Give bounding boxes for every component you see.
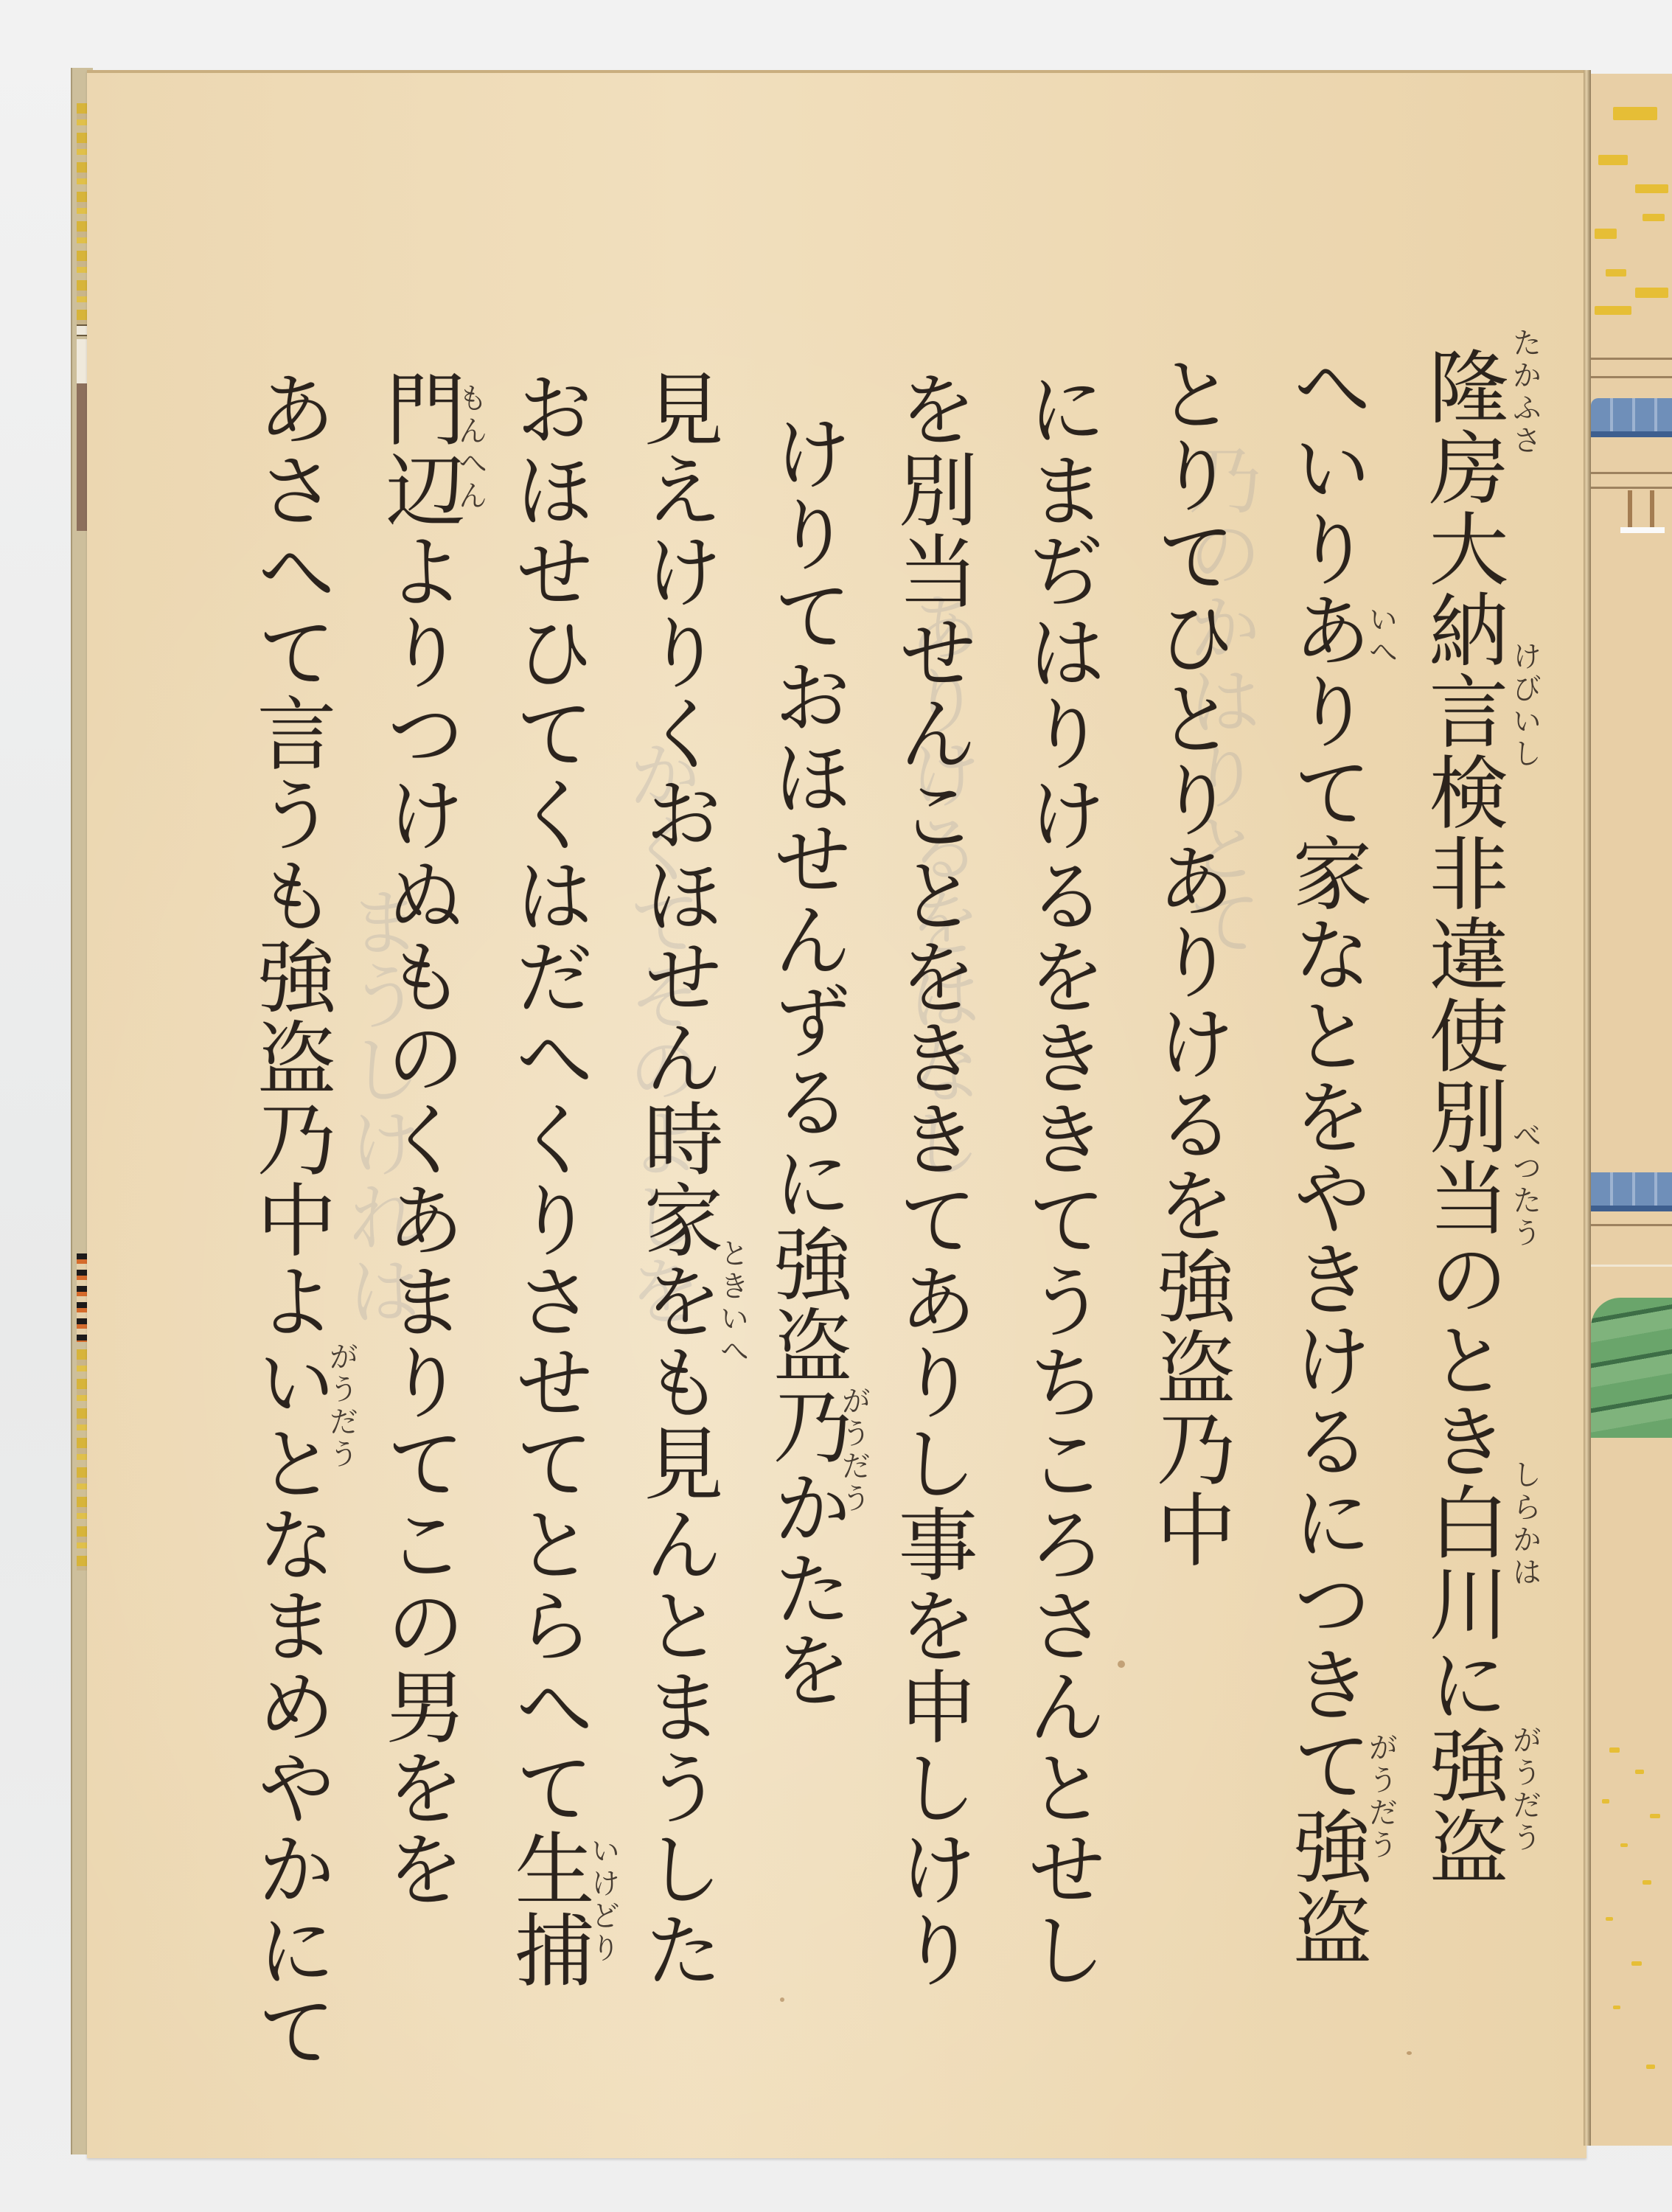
gold-leaf-flake <box>1643 214 1665 221</box>
furigana-bettou: べつたう <box>1510 1120 1539 1250</box>
palace-roof-lower <box>1591 1172 1672 1211</box>
text-column-9: 門辺よりつけぬものくあまりてこの男をを <box>378 368 458 1909</box>
pillar <box>1628 490 1632 527</box>
gold-leaf-flake <box>1650 1814 1660 1818</box>
furigana-goudou-4: がうだう <box>327 1341 356 1471</box>
furigana-tokiie: ときいへ <box>717 1238 747 1368</box>
gold-leaf-flake <box>1602 1799 1609 1804</box>
text-page: 乃のかはりとて ありけるをはなし かくてそのよしを まうしけれは 隆房大納言検非… <box>87 70 1586 2158</box>
text-column-4: にまぢはりけるをききてうちころさんとせし <box>1020 368 1099 1990</box>
gold-leaf-flake <box>1598 155 1628 165</box>
text-column-8: おほせひてくはだへくりさせてとらへて生捕 <box>507 368 587 1990</box>
gold-leaf-flake <box>1646 2065 1655 2069</box>
veranda-beam <box>1591 358 1672 360</box>
furigana-goudou-1: がうだう <box>1510 1725 1539 1854</box>
furigana-ie: いへ <box>1366 604 1396 669</box>
foxing-spot <box>1407 2051 1412 2055</box>
gutter-fold <box>1584 70 1591 2146</box>
gold-leaf-flake <box>1606 1917 1613 1921</box>
foxing-spot <box>1118 1660 1125 1668</box>
gold-leaf-flake <box>1613 107 1657 120</box>
pillar <box>1650 490 1654 527</box>
text-column-2: へいりありて家なとをやきけるにつきて強盗 <box>1285 346 1365 1968</box>
furigana-shirakawa: しらかは <box>1510 1459 1539 1589</box>
veranda-beam <box>1591 472 1672 474</box>
veranda-beam <box>1591 376 1672 378</box>
gold-leaf-flake <box>1613 2006 1620 2009</box>
palace-roof-upper <box>1591 398 1672 437</box>
text-column-6: けりておほせんずるに強盗乃かたを <box>765 412 845 1710</box>
text-column-10: あさへて言うも強盗乃中よいとなまめやかにて <box>249 368 329 2071</box>
furigana-kebiishi: けびいし <box>1510 641 1539 771</box>
text-column-1: 隆房大納言検非違使別当のとき白川に強盗 <box>1421 346 1501 1887</box>
foxing-spot <box>780 1997 784 2002</box>
pillar-base <box>1620 527 1665 533</box>
gold-leaf-flake <box>1631 1961 1642 1966</box>
text-column-5: を別当せんことをききてありし事を申しけり <box>891 368 970 1990</box>
text-column-7: 見えけりくおほせん時家をも見んとまうした <box>636 368 716 1990</box>
illustration-panel <box>1591 74 1672 2146</box>
furigana-ikedori: いけどり <box>588 1835 618 1965</box>
gold-leaf-flake <box>1606 269 1626 276</box>
furigana-monhen: もんへん <box>456 383 485 512</box>
furigana-goudou-3: がうだう <box>839 1385 868 1515</box>
veranda-rail <box>1591 1265 1672 1267</box>
veranda-beam <box>1591 487 1672 489</box>
gold-leaf-flake <box>1595 306 1631 315</box>
veranda-beam <box>1591 1224 1672 1226</box>
gold-leaf-flake <box>1609 1747 1620 1753</box>
gold-leaf-flake <box>1635 184 1668 193</box>
green-hill <box>1591 1298 1672 1438</box>
gold-leaf-flake <box>1635 1770 1644 1774</box>
gold-leaf-flake <box>1620 1843 1628 1847</box>
text-column-3: とりてひとりありけるを強盗乃中 <box>1149 353 1228 1570</box>
furigana-takafusa: たかふさ <box>1510 327 1539 457</box>
gold-leaf-flake <box>1595 229 1617 239</box>
gold-leaf-flake <box>1635 288 1668 298</box>
furigana-goudou-2: がうだう <box>1366 1732 1396 1862</box>
gold-leaf-flake <box>1643 1880 1651 1885</box>
